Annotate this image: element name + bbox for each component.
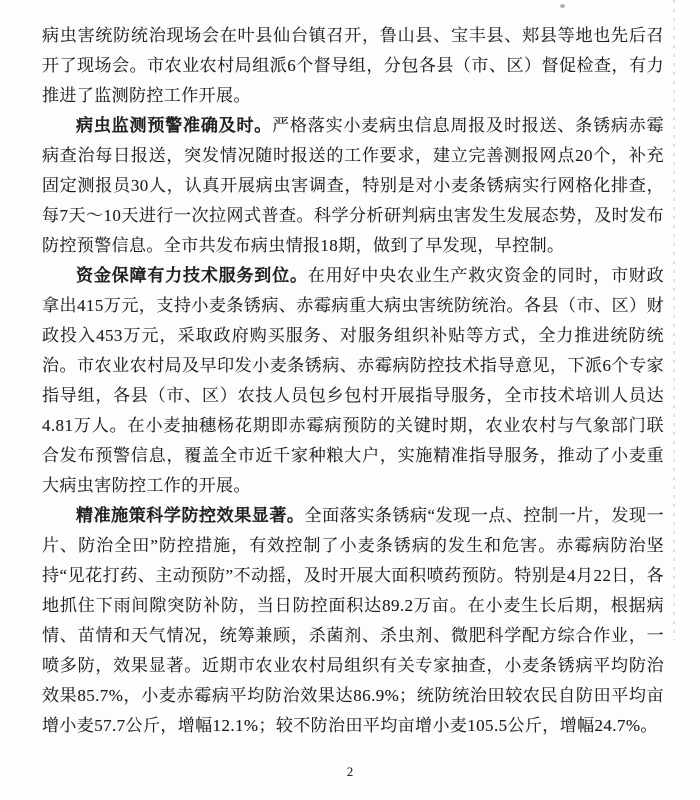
- paragraph-continuation: 病虫害统防统治现场会在叶县仙台镇召开，鲁山县、宝丰县、郏县等地也先后召开了现场会…: [42, 21, 664, 111]
- page-number: 2: [0, 764, 700, 780]
- paragraph-lead-heading: 资金保障有力技术服务到位。: [76, 266, 308, 285]
- paragraph-text: 严格落实小麦病虫信息周报及时报送、条锈病赤霉病查治每日报送，突发情况随时报送的工…: [42, 116, 664, 255]
- paragraph-funding: 资金保障有力技术服务到位。在用好中央农业生产救灾资金的同时，市财政拿出415万元…: [42, 261, 664, 501]
- paragraph-text: 全面落实条锈病“发现一点、控制一片，发现一片、防治全田”防控措施，有效控制了小麦…: [42, 506, 664, 735]
- scan-artifact-speck: [560, 4, 565, 8]
- paragraph-text: 在用好中央农业生产救灾资金的同时，市财政拿出415万元，支持小麦条锈病、赤霉病重…: [42, 266, 664, 495]
- paragraph-monitoring: 病虫监测预警准确及时。严格落实小麦病虫信息周报及时报送、条锈病赤霉病查治每日报送…: [42, 111, 664, 261]
- scan-artifact-edge: [673, 0, 675, 640]
- document-body: 病虫害统防统治现场会在叶县仙台镇召开，鲁山县、宝丰县、郏县等地也先后召开了现场会…: [42, 21, 664, 741]
- paragraph-lead-heading: 精准施策科学防控效果显著。: [76, 506, 305, 525]
- paragraph-lead-heading: 病虫监测预警准确及时。: [76, 116, 272, 135]
- scanned-document-page: 病虫害统防统治现场会在叶县仙台镇召开，鲁山县、宝丰县、郏县等地也先后召开了现场会…: [0, 0, 700, 800]
- paragraph-results: 精准施策科学防控效果显著。全面落实条锈病“发现一点、控制一片，发现一片、防治全田…: [42, 501, 664, 741]
- paragraph-text: 病虫害统防统治现场会在叶县仙台镇召开，鲁山县、宝丰县、郏县等地也先后召开了现场会…: [42, 26, 664, 105]
